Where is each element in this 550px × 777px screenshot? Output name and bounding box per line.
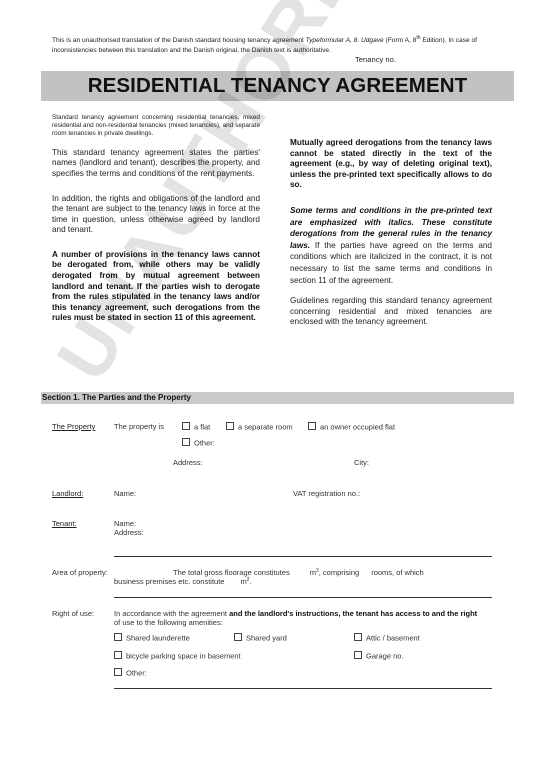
checkbox-icon[interactable] (114, 668, 122, 676)
checkbox-flat[interactable]: a flat (182, 422, 210, 432)
intro-paragraph: In addition, the rights and obligations … (52, 194, 260, 236)
section-1-title: Section 1. The Parties and the Property (41, 392, 514, 404)
property-label: The Property (52, 422, 95, 431)
checkbox-shared-launderette[interactable]: Shared launderette (114, 633, 190, 643)
checkbox-icon[interactable] (114, 633, 122, 641)
landlord-vat-label: VAT registration no.: (293, 489, 360, 498)
right-of-use-text: In accordance with the agreement and the… (114, 609, 499, 618)
section-1-header: Section 1. The Parties and the Property (41, 392, 514, 404)
translation-notice: This is an unauthorised translation of t… (52, 36, 502, 56)
landlord-label: Landlord: (52, 489, 83, 498)
intro-paragraph: This standard tenancy agreement states t… (52, 148, 260, 180)
checkbox-other-property[interactable]: Other: (182, 438, 215, 448)
area-business-text: business premises etc. constitutem2. (114, 577, 252, 586)
checkbox-garage[interactable]: Garage no. (354, 651, 404, 661)
area-input-line[interactable] (114, 597, 492, 598)
intro-left-column: Standard tenancy agreement concerning re… (52, 114, 260, 324)
intro-paragraph: Some terms and conditions in the pre-pri… (290, 205, 492, 286)
checkbox-icon[interactable] (226, 422, 234, 430)
checkbox-separate-room[interactable]: a separate room (226, 422, 293, 432)
right-of-use-text-line2: of use to the following amenities: (114, 618, 223, 627)
tenant-address-input-line[interactable] (114, 556, 492, 557)
checkbox-icon[interactable] (354, 633, 362, 641)
intro-paragraph: Guidelines regarding this standard tenan… (290, 296, 492, 328)
title-bar: RESIDENTIAL TENANCY AGREEMENT (41, 71, 514, 101)
intro-paragraph: Standard tenancy agreement concerning re… (52, 114, 260, 138)
landlord-name-label: Name: (114, 489, 136, 498)
checkbox-icon[interactable] (182, 438, 190, 446)
property-prefix: The property is (114, 422, 164, 431)
checkbox-other-amenity[interactable]: Other: (114, 668, 147, 678)
checkbox-bicycle-parking[interactable]: bicycle parking space in basement (114, 651, 241, 661)
checkbox-shared-yard[interactable]: Shared yard (234, 633, 287, 643)
checkbox-icon[interactable] (114, 651, 122, 659)
checkbox-icon[interactable] (234, 633, 242, 641)
checkbox-icon[interactable] (308, 422, 316, 430)
checkbox-owner-occupied-flat[interactable]: an owner occupied flat (308, 422, 395, 432)
checkbox-icon[interactable] (354, 651, 362, 659)
intro-paragraph-bold: A number of provisions in the tenancy la… (52, 250, 260, 324)
checkbox-icon[interactable] (182, 422, 190, 430)
checkbox-attic-basement[interactable]: Attic / basement (354, 633, 420, 643)
property-city-label: City: (354, 458, 369, 467)
tenancy-no-label: Tenancy no. (355, 55, 396, 64)
right-of-use-label: Right of use: (52, 609, 94, 618)
intro-right-column: Mutually agreed derogations from the ten… (290, 138, 492, 328)
document-title: RESIDENTIAL TENANCY AGREEMENT (41, 71, 514, 101)
tenant-address-label: Address: (114, 528, 144, 537)
area-label: Area of property: (52, 568, 108, 577)
tenant-label: Tenant: (52, 519, 77, 528)
area-text: The total gross floorage constitutesm2, … (173, 568, 424, 577)
intro-paragraph-bold: Mutually agreed derogations from the ten… (290, 138, 492, 191)
tenant-name-label: Name: (114, 519, 136, 528)
property-address-label: Address: (173, 458, 203, 467)
other-amenity-input-line[interactable] (114, 688, 492, 689)
